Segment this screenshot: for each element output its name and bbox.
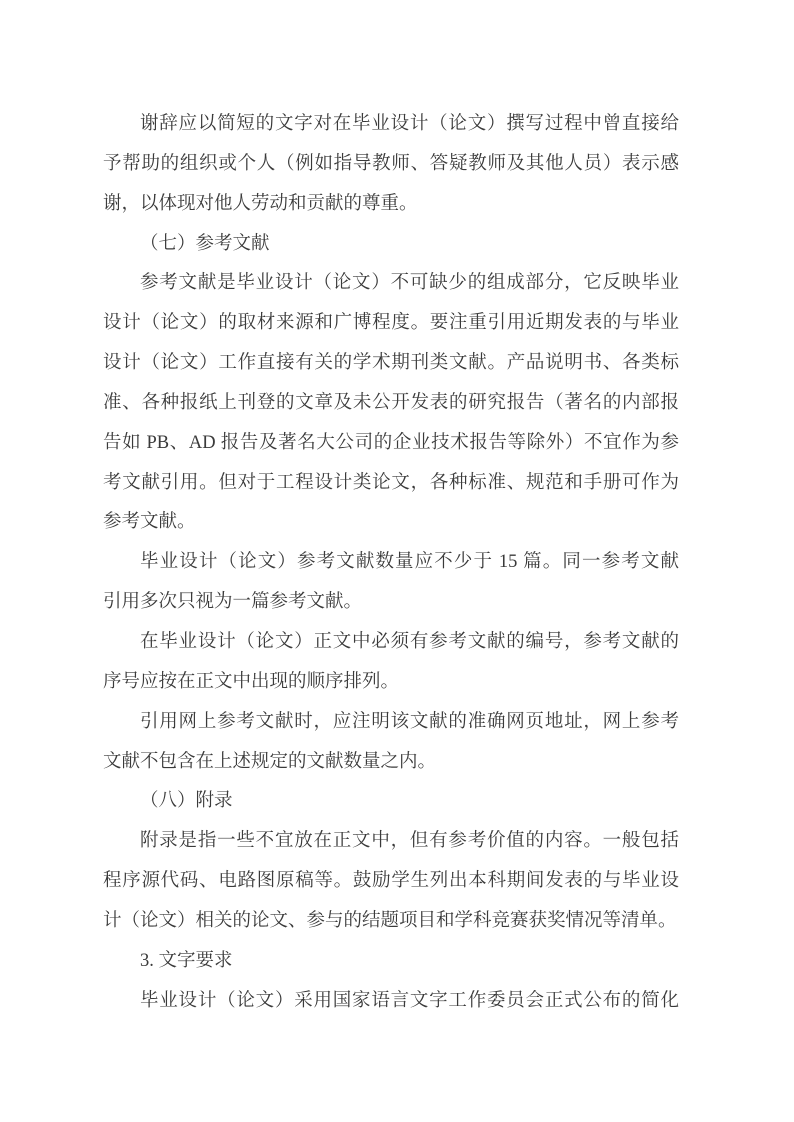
heading-line: 3. 文字要求: [103, 942, 679, 982]
paragraph-line: 参考文献。: [103, 503, 679, 543]
paragraph-text-requirements: 毕业设计（论文）采用国家语言文字工作委员会正式公布的简化: [103, 982, 679, 1022]
document-content: 谢辞应以简短的文字对在毕业设计（论文）撰写过程中曾直接给 予帮助的组织或个人（例…: [103, 105, 679, 1021]
paragraph-line: 序号应按在正文中出现的顺序排列。: [103, 663, 679, 703]
paragraph-line: 谢辞应以简短的文字对在毕业设计（论文）撰写过程中曾直接给: [103, 105, 679, 145]
paragraph-line: 引用多次只视为一篇参考文献。: [103, 583, 679, 623]
paragraph-line: 在毕业设计（论文）正文中必须有参考文献的编号，参考文献的: [103, 623, 679, 663]
paragraph-appendix: 附录是指一些不宜放在正文中，但有参考价值的内容。一般包括 程序源代码、电路图原稿…: [103, 822, 679, 942]
paragraph-line: 毕业设计（论文）采用国家语言文字工作委员会正式公布的简化: [103, 982, 679, 1022]
paragraph-line: 文献不包含在上述规定的文献数量之内。: [103, 743, 679, 783]
heading-line: （八）附录: [103, 782, 679, 822]
document-page: 谢辞应以简短的文字对在毕业设计（论文）撰写过程中曾直接给 予帮助的组织或个人（例…: [0, 0, 794, 1122]
paragraph-line: 谢，以体现对他人劳动和贡献的尊重。: [103, 185, 679, 225]
paragraph-references-count: 毕业设计（论文）参考文献数量应不少于 15 篇。同一参考文献 引用多次只视为一篇…: [103, 543, 679, 623]
paragraph-line: 告如 PB、AD 报告及著名大公司的企业技术报告等除外）不宜作为参: [103, 424, 679, 464]
heading-text-requirements: 3. 文字要求: [103, 942, 679, 982]
paragraph-line: 程序源代码、电路图原稿等。鼓励学生列出本科期间发表的与毕业设: [103, 862, 679, 902]
paragraph-line: 考文献引用。但对于工程设计类论文，各种标准、规范和手册可作为: [103, 464, 679, 504]
paragraph-line: 设计（论文）的取材来源和广博程度。要注重引用近期发表的与毕业: [103, 304, 679, 344]
paragraph-line: 设计（论文）工作直接有关的学术期刊类文献。产品说明书、各类标: [103, 344, 679, 384]
heading-line: （七）参考文献: [103, 225, 679, 265]
paragraph-online-references: 引用网上参考文献时，应注明该文献的准确网页地址，网上参考 文献不包含在上述规定的…: [103, 703, 679, 783]
heading-references: （七）参考文献: [103, 225, 679, 265]
heading-appendix: （八）附录: [103, 782, 679, 822]
paragraph-line: 准、各种报纸上刊登的文章及未公开发表的研究报告（著名的内部报: [103, 384, 679, 424]
paragraph-line: 毕业设计（论文）参考文献数量应不少于 15 篇。同一参考文献: [103, 543, 679, 583]
paragraph-line: 计（论文）相关的论文、参与的结题项目和学科竞赛获奖情况等清单。: [103, 902, 679, 942]
paragraph-acknowledgement: 谢辞应以简短的文字对在毕业设计（论文）撰写过程中曾直接给 予帮助的组织或个人（例…: [103, 105, 679, 225]
paragraph-line: 予帮助的组织或个人（例如指导教师、答疑教师及其他人员）表示感: [103, 145, 679, 185]
paragraph-line: 参考文献是毕业设计（论文）不可缺少的组成部分，它反映毕业: [103, 264, 679, 304]
paragraph-references-intro: 参考文献是毕业设计（论文）不可缺少的组成部分，它反映毕业 设计（论文）的取材来源…: [103, 264, 679, 543]
paragraph-line: 引用网上参考文献时，应注明该文献的准确网页地址，网上参考: [103, 703, 679, 743]
paragraph-line: 附录是指一些不宜放在正文中，但有参考价值的内容。一般包括: [103, 822, 679, 862]
paragraph-references-numbering: 在毕业设计（论文）正文中必须有参考文献的编号，参考文献的 序号应按在正文中出现的…: [103, 623, 679, 703]
